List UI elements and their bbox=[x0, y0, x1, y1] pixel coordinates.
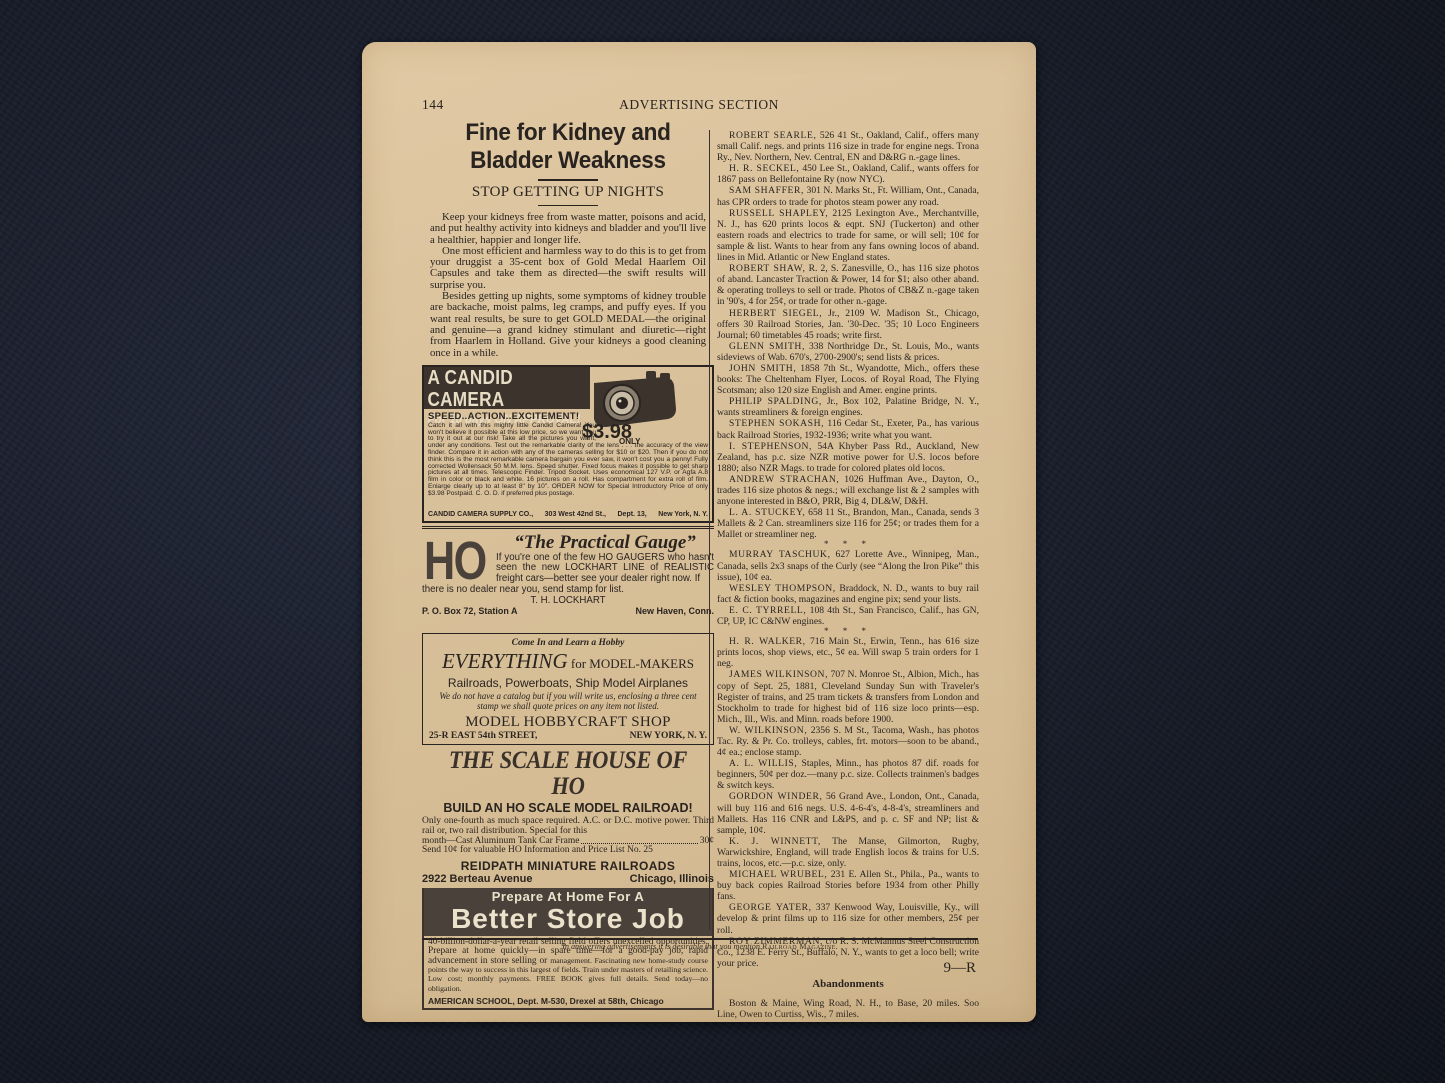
listing-entry: L. A. STUCKEY, 658 11 St., Brandon, Man.… bbox=[717, 507, 979, 540]
ho-ad-signature: T. H. LOCKHART bbox=[422, 595, 714, 606]
scale-house-title: THE SCALE HOUSE OF HO bbox=[437, 748, 700, 800]
kidney-ad: Fine for Kidney and Bladder Weakness STO… bbox=[422, 119, 714, 359]
ho-ad-headline: “The Practical Gauge” bbox=[496, 533, 714, 553]
camera-ad-banner: A CANDID CAMERA For 10 days ON APPROVAL! bbox=[424, 367, 590, 409]
ho-big-letters: HO bbox=[424, 533, 486, 589]
camera-ad-footer: CANDID CAMERA SUPPLY CO., 303 West 42nd … bbox=[428, 511, 708, 518]
listing-name: JAMES WILKINSON, bbox=[729, 669, 828, 680]
camera-ad-tagline: SPEED..ACTION..EXCITEMENT! bbox=[428, 411, 579, 422]
section-title: ADVERTISING SECTION bbox=[422, 97, 976, 113]
listing-name: RUSSELL SHAPLEY, bbox=[729, 208, 828, 219]
listings-column: ROBERT SEARLE, 526 41 St., Oakland, Cali… bbox=[717, 130, 979, 1020]
listing-name: PHILIP SPALDING, bbox=[729, 396, 822, 407]
listing-name: W. WILKINSON, bbox=[729, 725, 807, 736]
listing-name: MICHAEL WRUBEL, bbox=[729, 869, 827, 880]
listing-entry: HERBERT SIEGEL, Jr., 2109 W. Madison St.… bbox=[717, 308, 979, 341]
divider bbox=[538, 205, 598, 207]
column-divider bbox=[709, 130, 710, 930]
kidney-ad-body: Keep your kidneys free from waste matter… bbox=[430, 212, 706, 359]
abandonments-text: Boston & Maine, Wing Road, N. H., to Bas… bbox=[717, 998, 979, 1020]
magazine-page: 144 ADVERTISING SECTION Fine for Kidney … bbox=[362, 42, 1036, 1022]
listing-entry: JAMES WILKINSON, 707 N. Monroe St., Albi… bbox=[717, 669, 979, 724]
listing-entry: K. J. WINNETT, The Manse, Gilmorton, Rug… bbox=[717, 836, 979, 869]
camera-ad: A CANDID CAMERA For 10 days ON APPROVAL!… bbox=[422, 365, 714, 523]
abandonments-heading: Abandonments bbox=[717, 979, 979, 990]
section-separator: * * * bbox=[717, 540, 979, 549]
listing-name: A. L. WILLIS, bbox=[729, 758, 797, 769]
listing-entry: ROY ZIMMERMAN, c/o R. S. McMannus Steel … bbox=[717, 936, 979, 969]
listing-name: HERBERT SIEGEL, bbox=[729, 308, 822, 319]
listing-name: STEPHEN SOKASH, bbox=[729, 418, 824, 429]
running-head: 144 ADVERTISING SECTION bbox=[422, 97, 976, 117]
listing-name: GEORGE YATER, bbox=[729, 902, 812, 913]
footer-divider bbox=[422, 938, 978, 940]
listing-entry: PHILIP SPALDING, Jr., Box 102, Palatine … bbox=[717, 396, 979, 418]
listing-entry: ANDREW STRACHAN, 1026 Huffman Ave., Dayt… bbox=[717, 474, 979, 507]
listing-entry: STEPHEN SOKASH, 116 Cedar St., Exeter, P… bbox=[717, 418, 979, 440]
listing-name: E. C. TYRRELL, bbox=[729, 605, 806, 616]
listings: ROBERT SEARLE, 526 41 St., Oakland, Cali… bbox=[717, 130, 979, 969]
listing-name: GORDON WINDER, bbox=[729, 791, 823, 802]
camera-ad-body: Catch it all with this mighty little Can… bbox=[428, 423, 708, 498]
listing-entry: H. R. WALKER, 716 Main St., Erwin, Tenn.… bbox=[717, 636, 979, 669]
listing-entry: W. WILKINSON, 2356 S. M St., Tacoma, Was… bbox=[717, 725, 979, 758]
ho-ad-address: P. O. Box 72, Station A New Haven, Conn. bbox=[422, 606, 714, 616]
listing-entry: H. R. SECKEL, 450 Lee St., Oakland, Cali… bbox=[717, 163, 979, 185]
listing-entry: GEORGE YATER, 337 Kenwood Way, Louisvill… bbox=[717, 902, 979, 935]
section-separator: * * * bbox=[717, 627, 979, 636]
footer-note: In answering advertisements it is desira… bbox=[422, 942, 978, 951]
listing-name: JOHN SMITH, bbox=[729, 363, 796, 374]
listing-entry: ROBERT SHAW, R. 2, S. Zanesville, O., ha… bbox=[717, 263, 979, 307]
listing-name: ANDREW STRACHAN, bbox=[729, 474, 839, 485]
listing-entry: GLENN SMITH, 338 Northridge Dr., St. Lou… bbox=[717, 341, 979, 363]
listing-name: H. R. SECKEL, bbox=[729, 163, 799, 174]
kidney-ad-title: Fine for Kidney and Bladder Weakness bbox=[434, 119, 703, 175]
listing-entry: WESLEY THOMPSON, Braddock, N. D., wants … bbox=[717, 583, 979, 605]
listing-name: ROBERT SEARLE, bbox=[729, 130, 816, 141]
scale-house-ad: THE SCALE HOUSE OF HO BUILD AN HO SCALE … bbox=[422, 748, 714, 884]
listing-entry: SAM SHAFFER, 301 N. Marks St., Ft. Willi… bbox=[717, 185, 979, 207]
listing-entry: GORDON WINDER, 56 Grand Ave., London, On… bbox=[717, 791, 979, 835]
listing-entry: A. L. WILLIS, Staples, Minn., has photos… bbox=[717, 758, 979, 791]
listing-entry: ROBERT SEARLE, 526 41 St., Oakland, Cali… bbox=[717, 130, 979, 163]
listing-name: K. J. WINNETT, bbox=[729, 836, 821, 847]
hobbycraft-shop-name: MODEL HOBBYCRAFT SHOP bbox=[429, 714, 707, 731]
kidney-ad-subtitle: STOP GETTING UP NIGHTS bbox=[422, 184, 714, 201]
listing-entry: MURRAY TASCHUK, 627 Lorette Ave., Winnip… bbox=[717, 549, 979, 582]
listing-entry: RUSSELL SHAPLEY, 2125 Lexington Ave., Me… bbox=[717, 208, 979, 263]
listing-name: H. R. WALKER, bbox=[729, 636, 806, 647]
listing-entry: JOHN SMITH, 1858 7th St., Wyandotte, Mic… bbox=[717, 363, 979, 396]
listing-name: SAM SHAFFER, bbox=[729, 185, 804, 196]
listing-entry: E. C. TYRRELL, 108 4th St., San Francisc… bbox=[717, 605, 979, 627]
listing-name: MURRAY TASCHUK, bbox=[729, 549, 831, 560]
listing-name: I. STEPHENSON, bbox=[729, 441, 812, 452]
ho-gauge-ad: HO “The Practical Gauge” If you're one o… bbox=[422, 529, 714, 631]
signature-mark: 9—R bbox=[943, 960, 976, 977]
listing-name: WESLEY THOMPSON, bbox=[729, 583, 836, 594]
camera-price-note: ONLY bbox=[619, 437, 641, 446]
hobbycraft-headline: EVERYTHING for MODEL-MAKERS bbox=[429, 649, 707, 674]
ads-column: Fine for Kidney and Bladder Weakness STO… bbox=[422, 117, 714, 1010]
listing-name: GLENN SMITH, bbox=[729, 341, 805, 352]
divider bbox=[538, 179, 598, 181]
listing-entry: I. STEPHENSON, 54A Khyber Pass Rd., Auck… bbox=[717, 441, 979, 474]
listing-name: ROBERT SHAW, bbox=[729, 263, 805, 274]
hobbycraft-ad: Come In and Learn a Hobby EVERYTHING for… bbox=[422, 633, 714, 746]
store-job-banner: Prepare At Home For A Better Store Job bbox=[424, 888, 712, 936]
listing-name: L. A. STUCKEY, bbox=[729, 507, 805, 518]
listing-entry: MICHAEL WRUBEL, 231 E. Allen St., Phila.… bbox=[717, 869, 979, 902]
